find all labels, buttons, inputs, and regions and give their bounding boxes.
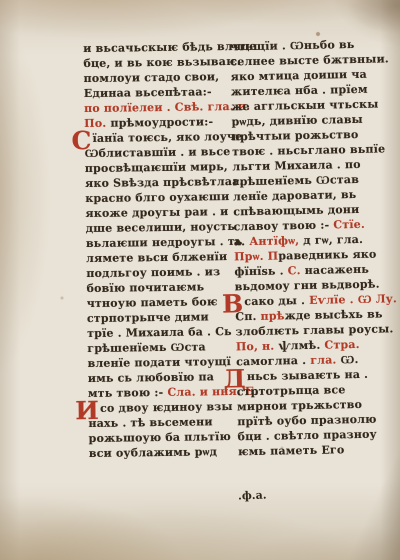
text-line: Дньсь зываѥть на . <box>236 367 376 385</box>
text-run: спѣвающымь дони <box>233 203 359 218</box>
text-run: рѡдь, дивнїю славы <box>231 113 363 129</box>
text-run: ленїе даровати, вь <box>233 188 357 203</box>
quire-signature: .ф.а. <box>238 489 267 503</box>
text-line: чтноую паметь боѥ <box>87 294 235 311</box>
text-run: лямете вьси блженїи <box>86 250 227 265</box>
text-run: а. <box>234 235 250 248</box>
text-line: подльгоу поимь . из <box>86 264 234 281</box>
text-run: фїнїѕь . <box>234 264 288 278</box>
text-run: гла. <box>310 353 341 367</box>
text-run: Еѵлїе . Ѡ Лу. <box>309 292 397 307</box>
text-run: жде высѣхь вь <box>285 308 383 323</box>
text-run: просвѣщаѥшїи мирь, <box>85 160 228 175</box>
text-run: прѣчтыи рожьство <box>232 128 359 143</box>
drop-cap-initial: Д <box>223 374 246 384</box>
text-run: яко Ѕвѣзда прѣсвѣтлаа. <box>85 175 244 190</box>
text-run: ньсь зываѥть на . <box>247 368 369 383</box>
text-run: грѣшенїемь Ѡстав <box>233 173 360 188</box>
text-run: прѣмоудрости:- <box>110 115 213 129</box>
text-run: со двоу ѥдиноу взы <box>100 400 233 415</box>
text-run: Сп. <box>235 310 261 323</box>
text-line: ѥмь паметь Его <box>238 442 378 460</box>
text-run: помлоуи стадо свои, <box>84 70 220 85</box>
text-run: нахь . тѣ вьсемени <box>88 415 212 430</box>
text-run: Стра. <box>324 338 359 352</box>
text-run: С. <box>288 264 305 277</box>
text-run: грѣшенїемь Ѡста <box>87 340 206 355</box>
drop-cap-initial: С <box>71 136 91 146</box>
text-run: Ѡ. <box>340 353 358 366</box>
text-run: ѥмь паметь Его <box>238 443 345 458</box>
text-run: славоу твою :- <box>233 218 333 233</box>
text-run: По, н. <box>236 340 279 354</box>
text-run: Стїе. <box>333 218 365 232</box>
text-run: якоже дроугы раи . и <box>85 205 228 220</box>
text-run: самоглна . <box>236 354 310 368</box>
text-line: Исо двоу ѥдиноу взы <box>88 399 236 416</box>
text-run: ѱлмѣ. <box>278 339 324 353</box>
text-column-right: чтьщїи . Ѡньбо вьселнее высте бжтвныи.як… <box>230 37 378 460</box>
text-run: стрпотрьпче дими <box>87 310 209 325</box>
text-run: жителѥа нба . прїем <box>231 83 368 99</box>
text-run: прїтѣ оубо празнолю <box>237 413 377 429</box>
text-run: яко мтица доиши ча <box>231 68 368 84</box>
text-run: мирнои трьжьство <box>237 398 362 413</box>
text-run: насажень <box>305 263 369 277</box>
text-run: твоѥ . ньсьглано вьпїе <box>232 142 385 158</box>
text-line: трїе . Михаила ба . Сь <box>87 324 235 341</box>
text-run: красно блго оухаѥши <box>85 190 229 205</box>
text-run: мть твою :- <box>88 386 168 400</box>
text-column-left: и вьсачьскыѥ бѣдь влчцебце, и вь коѥ вьз… <box>83 39 237 461</box>
text-run: д гѡ, гла. <box>299 233 363 247</box>
text-run: стртотрьпца все <box>237 383 346 398</box>
drop-cap-initial: В <box>222 299 244 309</box>
text-run: чтьщїи . Ѡньбо вь <box>230 38 355 53</box>
text-run: льгти Михаила . по <box>232 158 361 173</box>
text-run: вси оублажимь рѡд <box>89 445 217 460</box>
drop-cap-initial: И <box>75 406 99 416</box>
text-run: Прѡ. П <box>234 249 278 263</box>
text-run: бци . свѣтло празноу <box>237 428 376 444</box>
text-run: бовїю почитаѥмь <box>86 280 204 295</box>
text-run: сако ды . <box>244 294 309 308</box>
manuscript-page: и вьсачьскыѥ бѣдь влчцебце, и вь коѥ вьз… <box>0 0 400 560</box>
text-run: раведникь яко <box>278 248 376 263</box>
text-run: вленїе подати чтоущї <box>87 355 231 370</box>
text-run: рожьшоую ба пльтїю <box>89 430 232 445</box>
text-line: вси оублажимь рѡд <box>89 444 237 461</box>
text-run: чтноую паметь боѥ <box>87 295 218 310</box>
text-run: дше веселиши, ноусть <box>86 220 235 235</box>
text-run: вьлаѥши недроугы . ть <box>86 235 243 250</box>
text-run: їанїа тоѥсь, яко лоуче <box>92 130 242 145</box>
text-run: прѣ <box>260 309 284 322</box>
text-run: трїе . Михаила ба . Сь <box>87 325 232 340</box>
text-run: Антїфѡ, <box>249 234 299 248</box>
manuscript-photo: и вьсачьскыѥ бѣдь влчцебце, и вь коѥ вьз… <box>0 0 400 560</box>
text-run: Ѡблиставшїи . и вьсе <box>85 145 231 160</box>
text-run: по полїелеи . Свѣ. гла. и. <box>84 100 250 115</box>
text-run: злоблѥть главы роусы. <box>235 322 393 338</box>
text-run: Единаа вьсепѣтаа:- <box>84 85 212 100</box>
text-run: имь сь любовїю па <box>88 370 214 385</box>
text-run: подльгоу поимь . из <box>86 265 220 280</box>
text-run: бце, и вь коѥ вьзываѥ. <box>83 55 241 70</box>
text-line: бци . свѣтло празноу <box>237 427 377 445</box>
